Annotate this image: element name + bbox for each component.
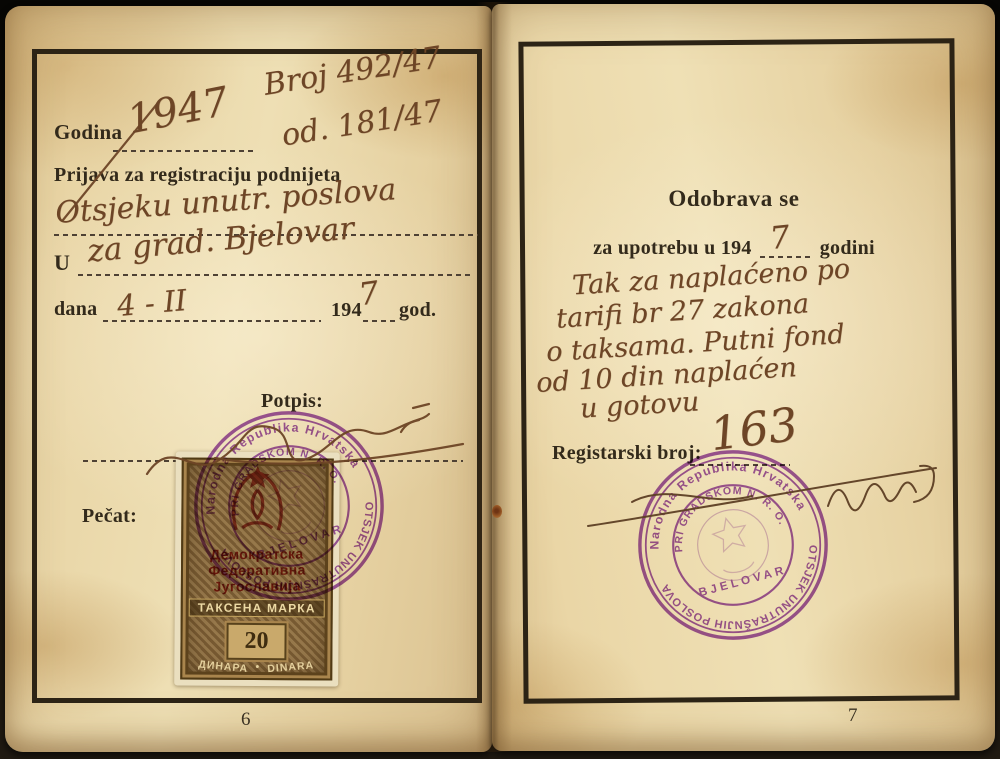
u-label: U [54,250,70,276]
stamp-value: 20 [226,623,286,660]
godina-label: Godina [54,120,122,145]
dana-label: dana [54,298,97,321]
page-left: Broj 492/47 od. 181/47 Godina 1947 Prija… [5,6,492,752]
handwritten-usage-year: 7 [768,219,791,257]
pecat-label: Pečat: [82,505,137,528]
usage-prefix: za upotrebu u 194 [593,237,752,260]
handwritten-date: 4 - II [116,283,188,323]
page-number-left: 6 [241,709,251,731]
year-fill-line [363,320,395,322]
approval-heading: Odobrava se [521,186,947,212]
stamp-center-text: BJELOVAR [697,563,788,599]
rust-stain [492,505,502,518]
office-fill-line-2 [78,274,472,276]
scanned-booklet-spread: Broj 492/47 od. 181/47 Godina 1947 Prija… [0,0,1000,759]
usage-line: za upotrebu u 194 7 godini [521,234,947,260]
stamp-currency-row: ДИНАРА • DINARA [182,660,330,673]
currency-cyrillic: ДИНАРА [198,658,249,675]
year-printed-prefix: 194 [331,299,362,322]
god-label: god. [399,299,436,322]
page-right: Odobrava se za upotrebu u 194 7 godini T… [492,4,995,751]
rosette-icon: • [255,661,260,673]
godina-fill-line [113,150,255,152]
stamp-center-text: BJELOVAR [256,522,346,562]
currency-latin: DINARA [267,659,315,675]
page-number-right: 7 [848,705,858,727]
